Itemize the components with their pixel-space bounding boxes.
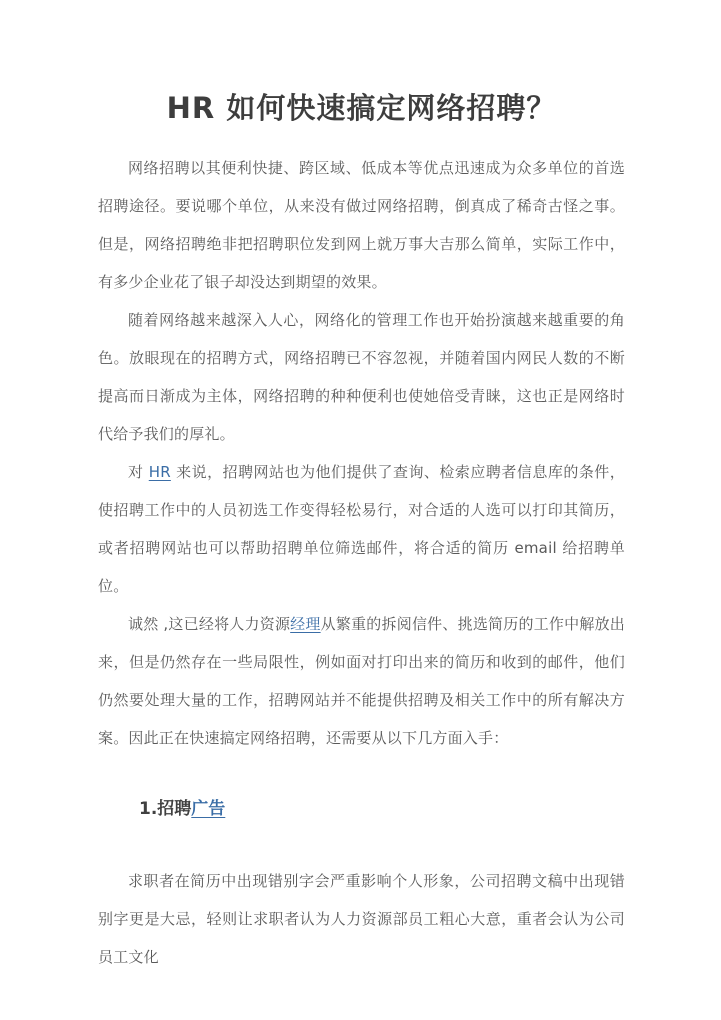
hr-link[interactable]: HR (149, 463, 171, 481)
text-run: 1.招聘 (139, 799, 191, 819)
manager-link[interactable]: 经理 (290, 615, 320, 633)
paragraph: 求职者在简历中出现错别字会严重影响个人形象，公司招聘文稿中出现错别字更是大忌，轻… (98, 862, 625, 976)
text-run: 从繁重的拆阅信件、挑选简历的工作中解放出来，但是仍然存在一些局限性，例如面对打印… (98, 615, 625, 747)
paragraph: 对 HR 来说，招聘网站也为他们提供了查询、检索应聘者信息库的条件，使招聘工作中… (98, 453, 625, 605)
paragraph: 诚然 ,这已经将人力资源经理从繁重的拆阅信件、挑选简历的工作中解放出来，但是仍然… (98, 605, 625, 757)
section-heading: 1.招聘广告 (98, 797, 625, 821)
text-run: 求职者在简历中出现错别字会严重影响个人形象，公司招聘文稿中出现错别字更是大忌，轻… (98, 872, 625, 966)
text-run: 网络招聘以其便利快捷、跨区域、低成本等优点迅速成为众多单位的首选招聘途径。要说哪… (98, 159, 625, 291)
paragraph-list: 网络招聘以其便利快捷、跨区域、低成本等优点迅速成为众多单位的首选招聘途径。要说哪… (98, 149, 625, 976)
ad-link[interactable]: 广告 (191, 799, 225, 819)
document-title: HR 如何快速搞定网络招聘？ (98, 88, 625, 129)
text-run: 对 (128, 463, 149, 481)
paragraph: 随着网络越来越深入人心，网络化的管理工作也开始扮演越来越重要的角色。放眼现在的招… (98, 301, 625, 453)
text-run: 来说，招聘网站也为他们提供了查询、检索应聘者信息库的条件，使招聘工作中的人员初选… (98, 463, 625, 595)
document-page: HR 如何快速搞定网络招聘？ 网络招聘以其便利快捷、跨区域、低成本等优点迅速成为… (0, 0, 721, 1020)
text-run: 诚然 ,这已经将人力资源 (128, 615, 290, 633)
paragraph: 网络招聘以其便利快捷、跨区域、低成本等优点迅速成为众多单位的首选招聘途径。要说哪… (98, 149, 625, 301)
text-run: 随着网络越来越深入人心，网络化的管理工作也开始扮演越来越重要的角色。放眼现在的招… (98, 311, 625, 443)
